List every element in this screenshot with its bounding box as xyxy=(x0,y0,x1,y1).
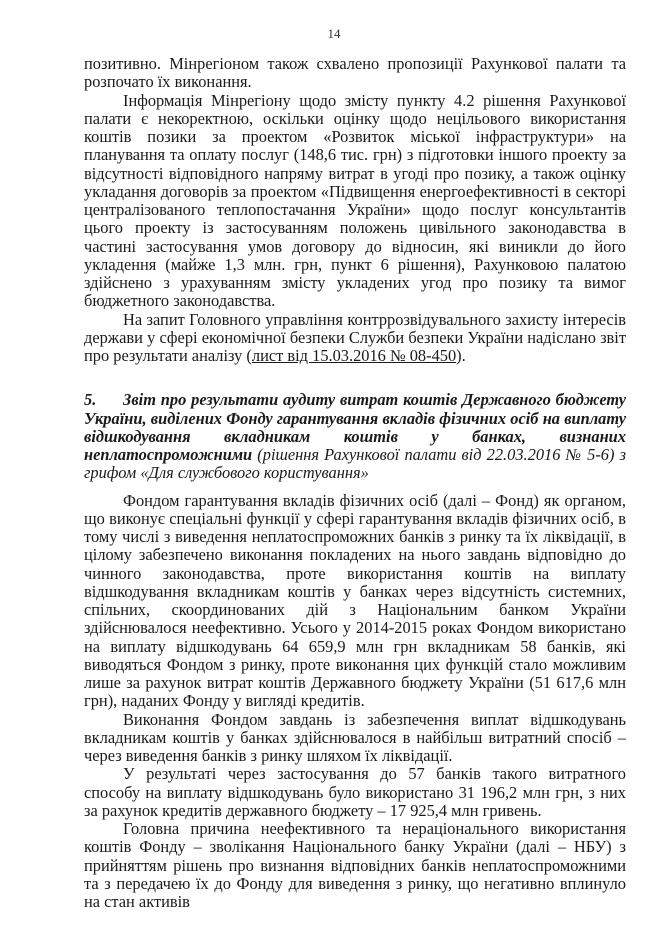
document-page: 14 позитивно. Мінрегіоном також схвалено… xyxy=(0,0,668,936)
paragraph-text: ). xyxy=(456,346,466,365)
paragraph: Головна причина неефективного та нераціо… xyxy=(84,820,626,911)
sbu-paragraph: На запит Головного управління контррозві… xyxy=(84,311,626,366)
paragraph: Інформація Мінрегіону щодо змісту пункту… xyxy=(84,92,626,311)
paragraph: Фондом гарантування вкладів фізичних осі… xyxy=(84,492,626,711)
paragraph: У результаті через застосування до 57 ба… xyxy=(84,765,626,820)
paragraph: Виконання Фондом завдань із забезпечення… xyxy=(84,711,626,766)
document-body: позитивно. Мінрегіоном також схвалено пр… xyxy=(84,55,626,911)
page-number: 14 xyxy=(0,26,668,42)
section-heading: 5.Звіт про результати аудиту витрат кошт… xyxy=(84,391,626,482)
section-number: 5. xyxy=(84,391,123,409)
paragraph: позитивно. Мінрегіоном також схвалено пр… xyxy=(84,55,626,92)
letter-link[interactable]: лист від 15.03.2016 № 08-450 xyxy=(252,346,456,365)
